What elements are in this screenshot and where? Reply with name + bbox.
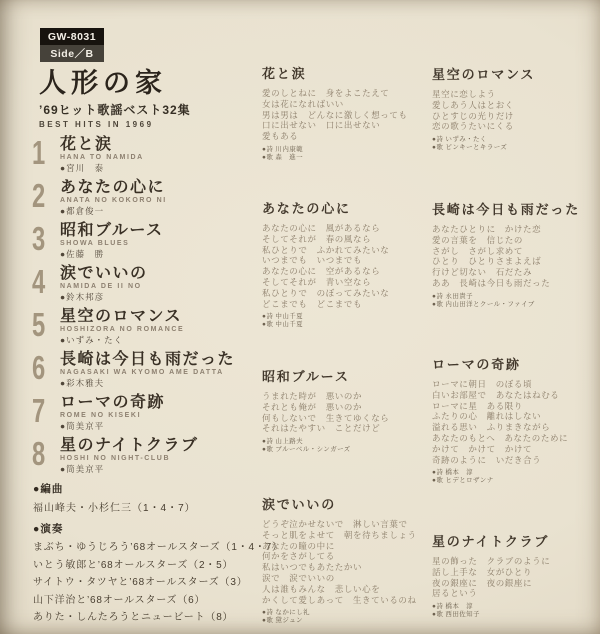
performers-list: まぶち・ゆうじろう’68オールスターズ（1・4・7）いとう敏郎と’68オールスタ…	[33, 539, 268, 627]
lyric-line: 男は男は どんなに激しく想っても	[262, 110, 434, 121]
arrangers: 福山峰夫・小杉仁三（1・4・7）	[33, 499, 268, 514]
lyric-line: それはたやすい ことだけど	[262, 423, 434, 434]
lyrics-hana-to-namida: 花と涙 愛のしとねに 身をよこたえて女は花になればいい男は男は どんなに激しく想…	[262, 63, 434, 162]
lyric-credit: ●歌 黛ジュン	[262, 617, 434, 625]
track-title-romaji: NAGASAKI WA KYOMO AME DATTA	[60, 369, 262, 376]
lyric-line: かけて かけて かけて	[432, 444, 600, 455]
track-title: 星のナイトクラブ	[60, 437, 262, 454]
lyric-credit: ●歌 ブルーベル・シンガーズ	[262, 446, 434, 454]
track-row: 2 あなたの心に ANATA NO KOKORO NI ●都倉俊一	[32, 179, 262, 222]
lyric-line: 夜の銀座に 夜の銀座に	[432, 578, 600, 589]
track-info: ローマの奇跡 ROME NO KISEKI ●筒美京平	[60, 394, 262, 432]
track-row: 6 長崎は今日も雨だった NAGASAKI WA KYOMO AME DATTA…	[32, 351, 262, 394]
lyrics-credits: ●詩 山上路夫●歌 ブルーベル・シンガーズ	[262, 438, 434, 454]
track-title: ローマの奇跡	[60, 394, 262, 411]
track-title-romaji: HANA TO NAMIDA	[60, 154, 262, 161]
track-title: 長崎は今日も雨だった	[60, 351, 262, 368]
lyric-line: 行けど切ない 石だたみ	[432, 267, 600, 278]
track-title-romaji: ANATA NO KOKORO NI	[60, 197, 262, 204]
lyrics-credits: ●詩 いずみ・たく●歌 ピンキーとキラーズ	[432, 136, 600, 152]
lyric-line: 口に出せない 口に出せない	[262, 120, 434, 131]
lyric-line: 愛しあう人はとおく	[432, 100, 600, 111]
lyric-credit: ●歌 ヒデとロザンナ	[432, 477, 600, 485]
lyric-line: あなたの心に 空があるなら	[262, 266, 434, 277]
performer: いとう敏郎と’68オールスターズ（2・5）	[33, 557, 268, 575]
track-title: 涙でいいの	[60, 265, 262, 282]
lyrics-lines: あなたひとりに かけた恋愛の言葉を 信じたのさがし さがし求めてひとり ひとりさ…	[432, 224, 600, 289]
performance-label: ●演奏	[33, 521, 268, 536]
track-row: 4 涙でいいの NAMIDA DE II NO ●鈴木邦彦	[32, 265, 262, 308]
lyrics-showa-blues: 昭和ブルース うまれた時が 悪いのかそれとも俺が 悪いのか何もしないで 生きてゆ…	[262, 366, 434, 454]
track-info: 昭和ブルース SHOWA BLUES ●佐藤 勝	[60, 222, 262, 260]
lyric-line: そしてそれが 青い空なら	[262, 277, 434, 288]
lyrics-credits: ●詩 永田貴子●歌 内山田洋とクール・ファイブ	[432, 293, 600, 309]
track-info: 長崎は今日も雨だった NAGASAKI WA KYOMO AME DATTA ●…	[60, 351, 262, 389]
lyric-line: あなたの瞳の中に	[262, 541, 434, 552]
lyric-line: かくして愛しあって 生きているのね	[262, 595, 434, 606]
lyric-line: 涙で 涙でいいの	[262, 573, 434, 584]
lyrics-credits: ●詩 川内康範●歌 森 進一	[262, 146, 434, 162]
lyrics-lines: どうぞ泣かせないで 淋しい言葉でそっと肌をよせて 朝を待ちましょうあなたの瞳の中…	[262, 519, 434, 605]
lyrics-lines: 愛のしとねに 身をよこたえて女は花になればいい男は男は どんなに激しく想っても口…	[262, 88, 434, 142]
lyric-line: ああ 長崎は今日も雨だった	[432, 278, 600, 289]
album-header: 人形の家 ’69ヒット歌謡ベスト32集 BEST HITS IN 1969	[39, 68, 191, 129]
track-composer: ●筒美京平	[60, 463, 262, 475]
lyrics-rome-no-kiseki: ローマの奇跡 ローマに朝日 のぼる頃白いお部屋で あなたはねむるローマに星 ある…	[432, 354, 600, 485]
arrangement-label: ●編曲	[33, 481, 268, 496]
lyric-line: うまれた時が 悪いのか	[262, 391, 434, 402]
record-liner-page: GW-8031 Side／B 人形の家 ’69ヒット歌謡ベスト32集 BEST …	[0, 0, 600, 634]
track-title-romaji: SHOWA BLUES	[60, 240, 262, 247]
lyric-line: 何もしないで 生きてゆくなら	[262, 413, 434, 424]
lyrics-title: 花と涙	[262, 63, 434, 82]
track-list: 1 花と涙 HANA TO NAMIDA ●宮川 泰 2 あなたの心に ANAT…	[32, 136, 262, 480]
lyric-line: ひとすじの光りだけ	[432, 111, 600, 122]
track-title: あなたの心に	[60, 179, 262, 196]
performer: ありた・しんたろうとニュービート（8）	[33, 609, 268, 627]
track-info: 星のナイトクラブ HOSHI NO NIGHT-CLUB ●筒美京平	[60, 437, 262, 475]
lyric-line: 星空に恋しよう	[432, 89, 600, 100]
lyrics-namida-de-ii-no: 涙でいいの どうぞ泣かせないで 淋しい言葉でそっと肌をよせて 朝を待ちましょうあ…	[262, 494, 434, 625]
lyric-line: 何かをさがしてる	[262, 551, 434, 562]
track-title-romaji: HOSHIZORA NO ROMANCE	[60, 326, 262, 333]
lyrics-nagasaki-wa-kyomo-ame-datta: 長崎は今日も雨だった あなたひとりに かけた恋愛の言葉を 信じたのさがし さがし…	[432, 199, 600, 309]
lyric-line: 愛のしとねに 身をよこたえて	[262, 88, 434, 99]
lyrics-hoshi-no-night-club: 星のナイトクラブ 星の飾った クラブのように話し上手な 女がひとり夜の銀座に 夜…	[432, 531, 600, 619]
track-composer: ●筒美京平	[60, 420, 262, 432]
track-composer: ●彩木雅夫	[60, 377, 262, 389]
lyric-credit: ●詩 永田貴子	[432, 293, 600, 301]
lyrics-title: ローマの奇跡	[432, 354, 600, 373]
track-row: 1 花と涙 HANA TO NAMIDA ●宮川 泰	[32, 136, 262, 179]
track-number: 5	[32, 308, 51, 341]
track-number: 6	[32, 351, 51, 384]
lyric-credit: ●詩 山上路夫	[262, 438, 434, 446]
track-composer: ●宮川 泰	[60, 162, 262, 174]
lyric-line: 奇跡のように いだき合う	[432, 455, 600, 466]
track-title-romaji: ROME NO KISEKI	[60, 412, 262, 419]
catalog-label-box: GW-8031 Side／B	[40, 28, 104, 62]
lyrics-lines: うまれた時が 悪いのかそれとも俺が 悪いのか何もしないで 生きてゆくならそれはた…	[262, 391, 434, 434]
lyrics-credits: ●詩 中山千夏●歌 中山千夏	[262, 313, 434, 329]
performer: まぶち・ゆうじろう’68オールスターズ（1・4・7）	[33, 539, 268, 557]
lyric-line: 愛もある	[262, 131, 434, 142]
lyric-line: 女は花になればいい	[262, 99, 434, 110]
track-number: 4	[32, 265, 51, 298]
lyric-line: 私ひとりで ふかれてみたいな	[262, 245, 434, 256]
track-info: 星空のロマンス HOSHIZORA NO ROMANCE ●いずみ・たく	[60, 308, 262, 346]
track-row: 7 ローマの奇跡 ROME NO KISEKI ●筒美京平	[32, 394, 262, 437]
lyrics-title: 長崎は今日も雨だった	[432, 199, 600, 218]
track-composer: ●佐藤 勝	[60, 248, 262, 260]
lyric-line: そしてそれが 春の風なら	[262, 234, 434, 245]
track-composer: ●いずみ・たく	[60, 334, 262, 346]
lyric-credit: ●歌 中山千夏	[262, 321, 434, 329]
lyric-line: 話し上手な 女がひとり	[432, 567, 600, 578]
lyric-line: あなたひとりに かけた恋	[432, 224, 600, 235]
album-subtitle-english: BEST HITS IN 1969	[39, 120, 191, 129]
lyric-credit: ●歌 森 進一	[262, 154, 434, 162]
track-info: 涙でいいの NAMIDA DE II NO ●鈴木邦彦	[60, 265, 262, 303]
lyric-line: 私はいつでもあたたかい	[262, 562, 434, 573]
track-row: 3 昭和ブルース SHOWA BLUES ●佐藤 勝	[32, 222, 262, 265]
track-title: 星空のロマンス	[60, 308, 262, 325]
lyric-line: 私ひとりで のぼってみたいな	[262, 288, 434, 299]
performer: 山下洋治と’68オールスターズ（6）	[33, 592, 268, 610]
track-title: 昭和ブルース	[60, 222, 262, 239]
lyric-line: どこまでも どこまでも	[262, 299, 434, 310]
lyrics-hoshizora-no-romance: 星空のロマンス 星空に恋しよう愛しあう人はとおくひとすじの光りだけ恋の歌うたいに…	[432, 64, 600, 152]
lyric-line: 愛の言葉を 信じたの	[432, 235, 600, 246]
lyrics-lines: あなたの心に 風があるならそしてそれが 春の風なら私ひとりで ふかれてみたいない…	[262, 223, 434, 309]
lyric-line: あなたの心に 風があるなら	[262, 223, 434, 234]
lyric-line: いつまでも いつまでも	[262, 255, 434, 266]
lyric-credit: ●詩 橋本 淳	[432, 603, 600, 611]
lyrics-anata-no-kokoro-ni: あなたの心に あなたの心に 風があるならそしてそれが 春の風なら私ひとりで ふか…	[262, 198, 434, 329]
track-title-romaji: NAMIDA DE II NO	[60, 283, 262, 290]
track-number: 2	[32, 179, 51, 212]
track-info: あなたの心に ANATA NO KOKORO NI ●都倉俊一	[60, 179, 262, 217]
lyric-credit: ●詩 いずみ・たく	[432, 136, 600, 144]
track-composer: ●鈴木邦彦	[60, 291, 262, 303]
lyric-line: ローマに星 ある限り	[432, 401, 600, 412]
lyric-credit: ●歌 ピンキーとキラーズ	[432, 144, 600, 152]
lyric-line: ローマに朝日 のぼる頃	[432, 379, 600, 390]
lyric-line: あなたのもとへ あなたのために	[432, 433, 600, 444]
lyrics-lines: 星空に恋しよう愛しあう人はとおくひとすじの光りだけ恋の歌うたいにくる	[432, 89, 600, 132]
lyrics-title: あなたの心に	[262, 198, 434, 217]
lyrics-title: 涙でいいの	[262, 494, 434, 513]
track-number: 3	[32, 222, 51, 255]
lyric-line: 人は誰もみんな 悲しい心を	[262, 584, 434, 595]
album-title: 人形の家	[39, 68, 191, 98]
catalog-number: GW-8031	[40, 28, 104, 45]
lyrics-lines: ローマに朝日 のぼる頃白いお部屋で あなたはねむるローマに星 ある限りふたりの心…	[432, 379, 600, 465]
lyrics-title: 昭和ブルース	[262, 366, 434, 385]
lyrics-credits: ●詩 橋本 淳●歌 西田佐知子	[432, 603, 600, 619]
lyric-line: ひとり ひとりさまよえば	[432, 256, 600, 267]
lyric-line: 居るという	[432, 588, 600, 599]
lyrics-credits: ●詩 橋本 淳●歌 ヒデとロザンナ	[432, 469, 600, 485]
lyric-line: 恋の歌うたいにくる	[432, 121, 600, 132]
lyric-line: それとも俺が 悪いのか	[262, 402, 434, 413]
lyric-credit: ●歌 内山田洋とクール・ファイブ	[432, 301, 600, 309]
lyric-line: 星の飾った クラブのように	[432, 556, 600, 567]
track-composer: ●都倉俊一	[60, 205, 262, 217]
lyric-line: そっと肌をよせて 朝を待ちましょう	[262, 530, 434, 541]
credits-section: ●編曲 福山峰夫・小杉仁三（1・4・7） ●演奏 まぶち・ゆうじろう’68オール…	[33, 481, 268, 627]
track-title: 花と涙	[60, 136, 262, 153]
lyrics-lines: 星の飾った クラブのように話し上手な 女がひとり夜の銀座に 夜の銀座に居るという	[432, 556, 600, 599]
lyric-credit: ●歌 西田佐知子	[432, 611, 600, 619]
lyrics-title: 星空のロマンス	[432, 64, 600, 83]
lyric-line: 白いお部屋で あなたはねむる	[432, 390, 600, 401]
side-label: Side／B	[40, 45, 104, 62]
track-row: 5 星空のロマンス HOSHIZORA NO ROMANCE ●いずみ・たく	[32, 308, 262, 351]
lyric-line: ふたりの心 離れはしない	[432, 411, 600, 422]
performer: サイトウ・タツヤと’68オールスターズ（3）	[33, 574, 268, 592]
album-subtitle: ’69ヒット歌謡ベスト32集	[39, 101, 191, 118]
lyrics-title: 星のナイトクラブ	[432, 531, 600, 550]
track-row: 8 星のナイトクラブ HOSHI NO NIGHT-CLUB ●筒美京平	[32, 437, 262, 480]
lyric-credit: ●詩 川内康範	[262, 146, 434, 154]
track-number: 7	[32, 394, 51, 427]
track-number: 8	[32, 437, 51, 470]
lyric-line: どうぞ泣かせないで 淋しい言葉で	[262, 519, 434, 530]
track-number: 1	[32, 136, 51, 169]
track-info: 花と涙 HANA TO NAMIDA ●宮川 泰	[60, 136, 262, 174]
lyric-line: 溢れる思い ふりまきながら	[432, 422, 600, 433]
track-title-romaji: HOSHI NO NIGHT-CLUB	[60, 455, 262, 462]
lyrics-credits: ●詩 なかにし礼●歌 黛ジュン	[262, 609, 434, 625]
lyric-line: さがし さがし求めて	[432, 246, 600, 257]
